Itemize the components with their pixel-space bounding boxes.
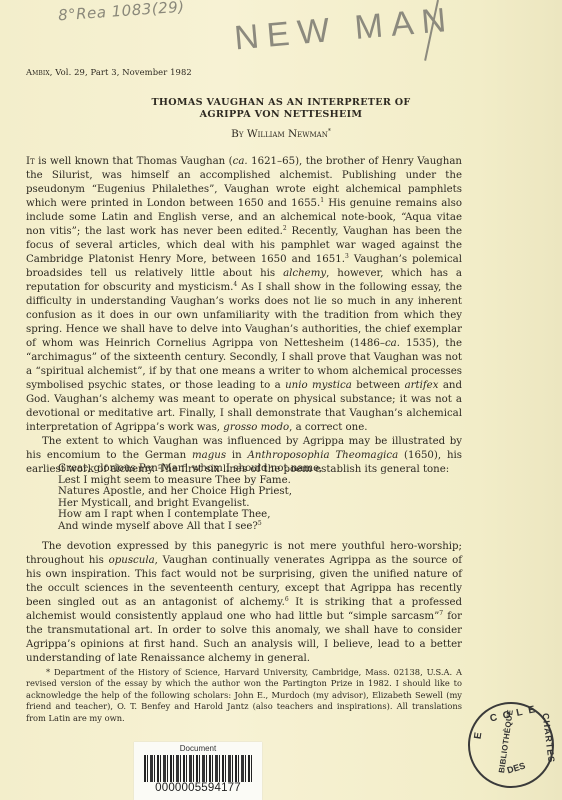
poem-line: Natures Apostle, and her Choice High Pri…	[58, 486, 322, 498]
poem-line: Great, glorious Pen-Man! whom I should n…	[58, 463, 322, 475]
barcode-icon	[144, 755, 252, 782]
byline: By William Newman*	[0, 128, 562, 140]
paragraph-3: The devotion expressed by this panegyric…	[26, 540, 462, 666]
italic: unio mystica	[285, 380, 352, 391]
library-stamp: COLE E BIBLIOTHÈQUE CHARTES DES	[462, 696, 559, 793]
italic: artifex	[405, 380, 439, 391]
title-line-2: AGRIPPA VON NETTESHEIM	[0, 109, 562, 121]
title-line-1: THOMAS VAUGHAN AS AN INTERPRETER OF	[0, 97, 562, 109]
journal-citation: Ambix, Vol. 29, Part 3, November 1982	[26, 67, 192, 77]
italic: alchemy	[283, 268, 326, 279]
stamp-ring-left: E	[473, 729, 485, 740]
author-footnote-mark: *	[328, 128, 331, 135]
barcode-title: Document	[134, 744, 262, 753]
handwritten-author-note: NEW MAN	[233, 0, 456, 58]
text: , a correct one.	[289, 422, 367, 433]
text: is well known that Thomas Vaughan (	[35, 156, 233, 167]
text: in	[226, 450, 247, 461]
poem-line: How am I rapt when I contemplate Thee,	[58, 509, 322, 521]
italic: ca.	[385, 338, 400, 349]
italic: opuscula	[109, 555, 155, 566]
body-section-1: It is well known that Thomas Vaughan (ca…	[26, 155, 462, 477]
italic: magus	[192, 450, 226, 461]
italic: ca.	[233, 156, 248, 167]
author-footnote: * Department of the History of Science, …	[26, 667, 462, 724]
footnote-ref[interactable]: 5	[258, 520, 262, 527]
author-name: By William Newman	[231, 128, 328, 140]
poem-line: And winde myself above All that I see?5	[58, 521, 322, 533]
text: between	[352, 380, 405, 391]
poem-line: Her Mysticall, and bright Evangelist.	[58, 498, 322, 510]
barcode-number: 0000005594177	[134, 782, 262, 794]
journal-details: , Vol. 29, Part 3, November 1982	[50, 67, 192, 77]
poem-quotation: Great, glorious Pen-Man! whom I should n…	[58, 463, 322, 533]
stamp-ring-right: CHARTES	[541, 712, 557, 763]
article-title: THOMAS VAUGHAN AS AN INTERPRETER OF AGRI…	[0, 97, 562, 120]
body-section-2: The devotion expressed by this panegyric…	[26, 540, 462, 666]
footnote-text: * Department of the History of Science, …	[26, 667, 462, 724]
italic: grosso modo	[223, 422, 289, 433]
paragraph-1: It is well known that Thomas Vaughan (ca…	[26, 155, 462, 435]
journal-name: Ambix	[26, 67, 50, 77]
barcode-label: Document 0000005594177	[134, 742, 262, 800]
text: And winde myself above All that I see?	[58, 521, 258, 532]
italic: Anthroposophia Theomagica	[248, 450, 399, 461]
poem-line: Lest I might seem to measure Thee by Fam…	[58, 475, 322, 487]
handwritten-shelfmark: 8°Rea 1083(29)	[58, 0, 186, 24]
lead-in: It	[26, 156, 35, 167]
